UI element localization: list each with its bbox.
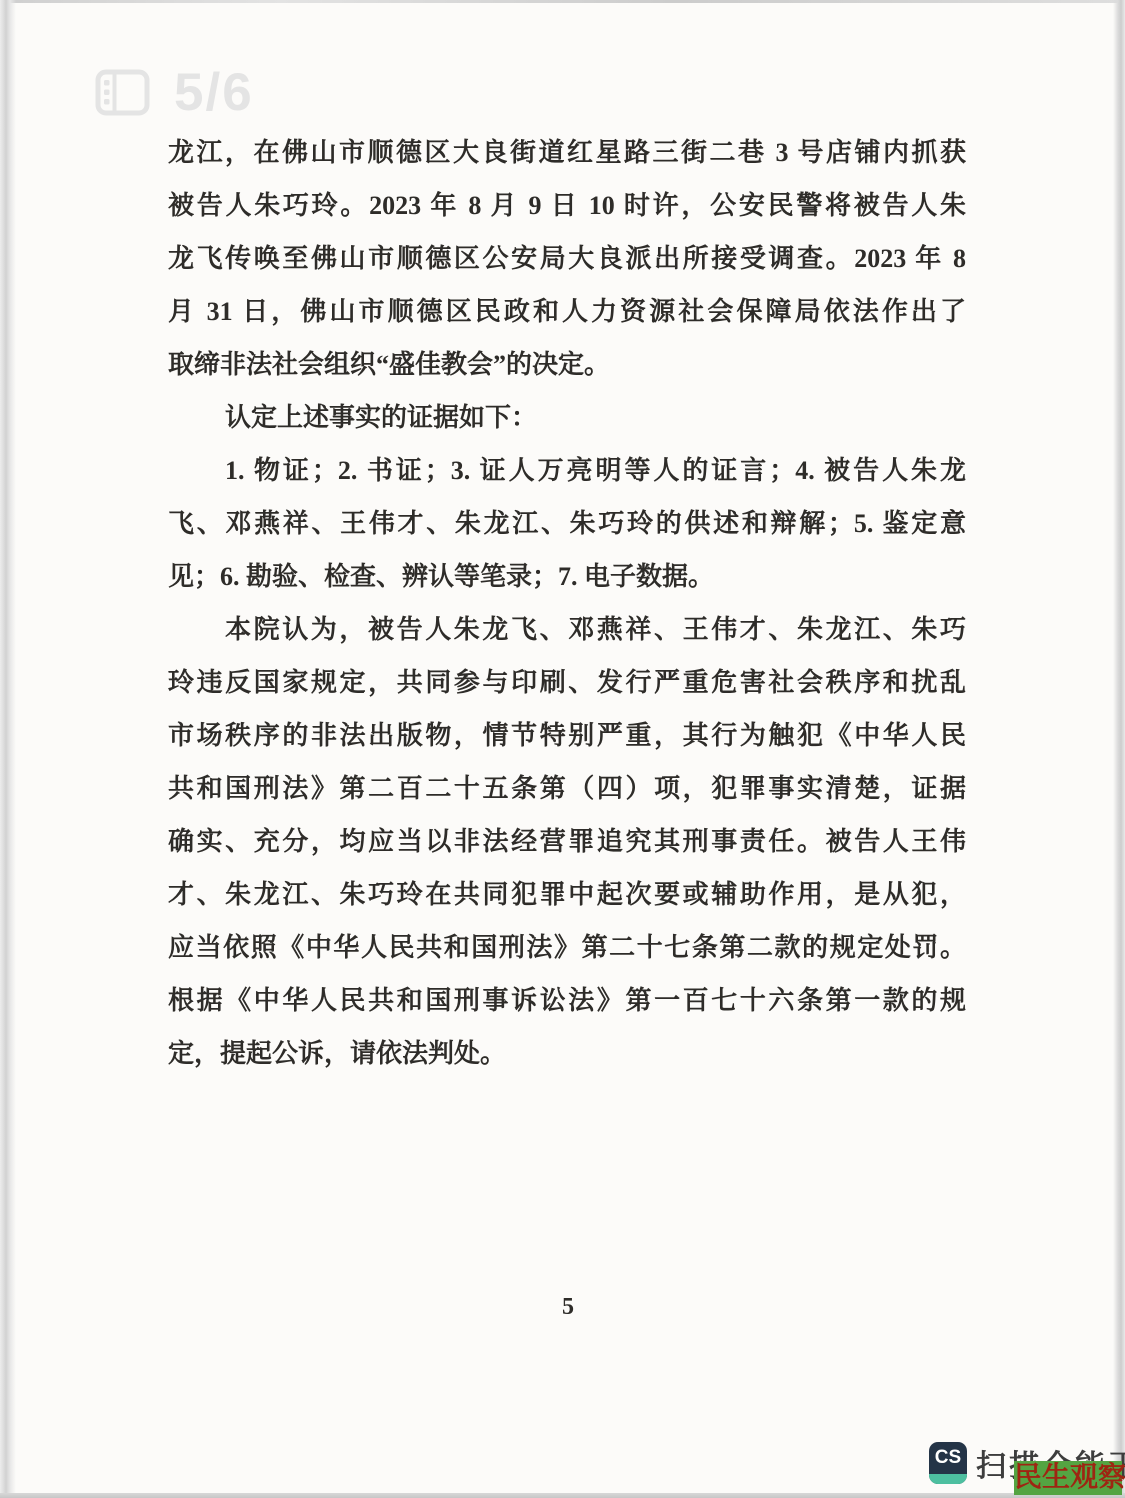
page-edge-left: [0, 0, 16, 1498]
page-number: 5: [548, 1294, 588, 1321]
doc-line: 被告人朱巧玲。2023 年 8 月 9 日 10 时许，公安民警将被告人朱: [168, 179, 966, 232]
document-page: 龙江，在佛山市顺德区大良街道红星路三街二巷 3 号店铺内抓获 被告人朱巧玲。20…: [168, 126, 966, 1080]
camscanner-logo-strip: [929, 1474, 967, 1484]
doc-line: 月 31 日，佛山市顺德区民政和人力资源社会保障局依法作出了: [168, 285, 966, 338]
doc-line: 玲违反国家规定，共同参与印刷、发行严重危害社会秩序和扰乱: [168, 656, 966, 709]
doc-line: 见；6. 勘验、检查、辨认等笔录；7. 电子数据。: [168, 550, 966, 603]
doc-line: 龙江，在佛山市顺德区大良街道红星路三街二巷 3 号店铺内抓获: [168, 126, 966, 179]
overlay-watermark: 民生观察: [1014, 1461, 1122, 1495]
page-edge-top: [0, 0, 1125, 3]
doc-line: 龙飞传唤至佛山市顺德区公安局大良派出所接受调查。2023 年 8: [168, 232, 966, 285]
page-indicator-label: 5/6: [174, 66, 254, 119]
doc-line: 才、朱龙江、朱巧玲在共同犯罪中起次要或辅助作用，是从犯，: [168, 868, 966, 921]
camscanner-logo-icon: CS: [929, 1442, 967, 1484]
doc-line: 市场秩序的非法出版物，情节特别严重，其行为触犯《中华人民: [168, 709, 966, 762]
page-edge-bottom: [0, 1493, 1125, 1498]
doc-line: 共和国刑法》第二百二十五条第（四）项，犯罪事实清楚，证据: [168, 762, 966, 815]
page-edge-right: [1113, 0, 1125, 1498]
camscanner-initials: CS: [929, 1442, 967, 1474]
doc-line: 认定上述事实的证据如下：: [168, 391, 966, 444]
page-indicator: 5/6: [95, 66, 254, 119]
doc-line: 1. 物证；2. 书证；3. 证人万亮明等人的证言；4. 被告人朱龙: [168, 444, 966, 497]
doc-line: 飞、邓燕祥、王伟才、朱龙江、朱巧玲的供述和辩解；5. 鉴定意: [168, 497, 966, 550]
page-thumbnails-icon[interactable]: [95, 69, 150, 116]
doc-line: 定，提起公诉，请依法判处。: [168, 1027, 966, 1080]
doc-line: 本院认为，被告人朱龙飞、邓燕祥、王伟才、朱龙江、朱巧: [168, 603, 966, 656]
doc-line: 应当依照《中华人民共和国刑法》第二十七条第二款的规定处罚。: [168, 921, 966, 974]
doc-line: 取缔非法社会组织“盛佳教会”的决定。: [168, 338, 966, 391]
doc-line: 根据《中华人民共和国刑事诉讼法》第一百七十六条第一款的规: [168, 974, 966, 1027]
doc-line: 确实、充分，均应当以非法经营罪追究其刑事责任。被告人王伟: [168, 815, 966, 868]
